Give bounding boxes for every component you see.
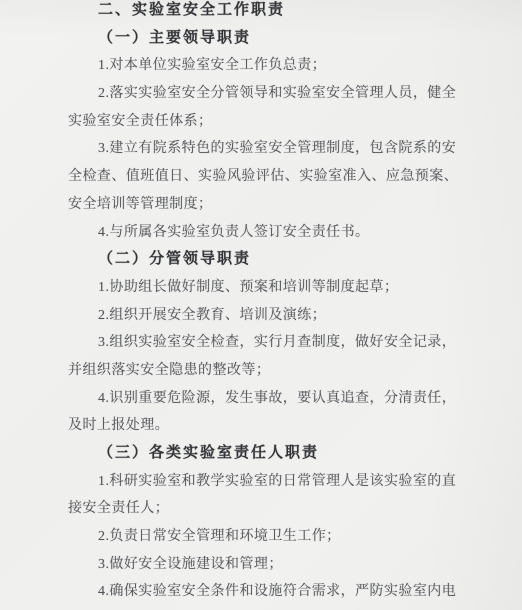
- text-line: 1.科研实验室和教学实验室的日常管理人是该实验室的直: [68, 468, 466, 496]
- text-line: 1.协助组长做好制度、预案和培训等制度起草；: [68, 274, 466, 302]
- text-line: 2.落实实验室安全分管领导和实验室安全管理人员，健全: [68, 80, 466, 108]
- text-line: 并组织落实安全隐患的整改等；: [68, 357, 466, 385]
- text-line: 4.与所属各实验室负责人签订安全责任书。: [68, 219, 466, 247]
- text-line: 全检查、值班值日、实验风验评估、实验室准入、应急预案、: [68, 163, 466, 191]
- document-text-block: 二、实验室安全工作职责（一）主要领导职责1.对本单位实验室安全工作负总责；2.落…: [0, 0, 522, 606]
- text-line: 2.负责日常安全管理和环境卫生工作；: [68, 523, 466, 551]
- text-line: 3.组织实验室安全检查，实行月查制度，做好安全记录，: [68, 329, 466, 357]
- text-line: 安全培训等管理制度；: [68, 191, 466, 219]
- text-line: 4.确保实验室安全条件和设施符合需求，严防实验室内电: [68, 578, 466, 606]
- text-line: 1.对本单位实验室安全工作负总责；: [68, 52, 466, 80]
- subsection-heading: （一）主要领导职责: [68, 25, 466, 53]
- text-line: 接安全责任人；: [68, 495, 466, 523]
- text-line: 及时上报处理。: [68, 412, 466, 440]
- text-line: 4.识别重要危险源，发生事故，要认真追查，分清责任，: [68, 385, 466, 413]
- text-line: 实验室安全责任体系；: [68, 108, 466, 136]
- text-line: 3.做好安全设施建设和管理；: [68, 551, 466, 579]
- subsection-heading: （二）分管领导职责: [68, 246, 466, 274]
- subsection-heading: （三）各类实验室责任人职责: [68, 440, 466, 468]
- document-page: 二、实验室安全工作职责（一）主要领导职责1.对本单位实验室安全工作负总责；2.落…: [0, 0, 522, 610]
- section-heading: 二、实验室安全工作职责: [68, 0, 466, 25]
- text-line: 2.组织开展安全教育、培训及演练；: [68, 302, 466, 330]
- text-line: 3.建立有院系特色的实验室安全管理制度，包含院系的安: [68, 135, 466, 163]
